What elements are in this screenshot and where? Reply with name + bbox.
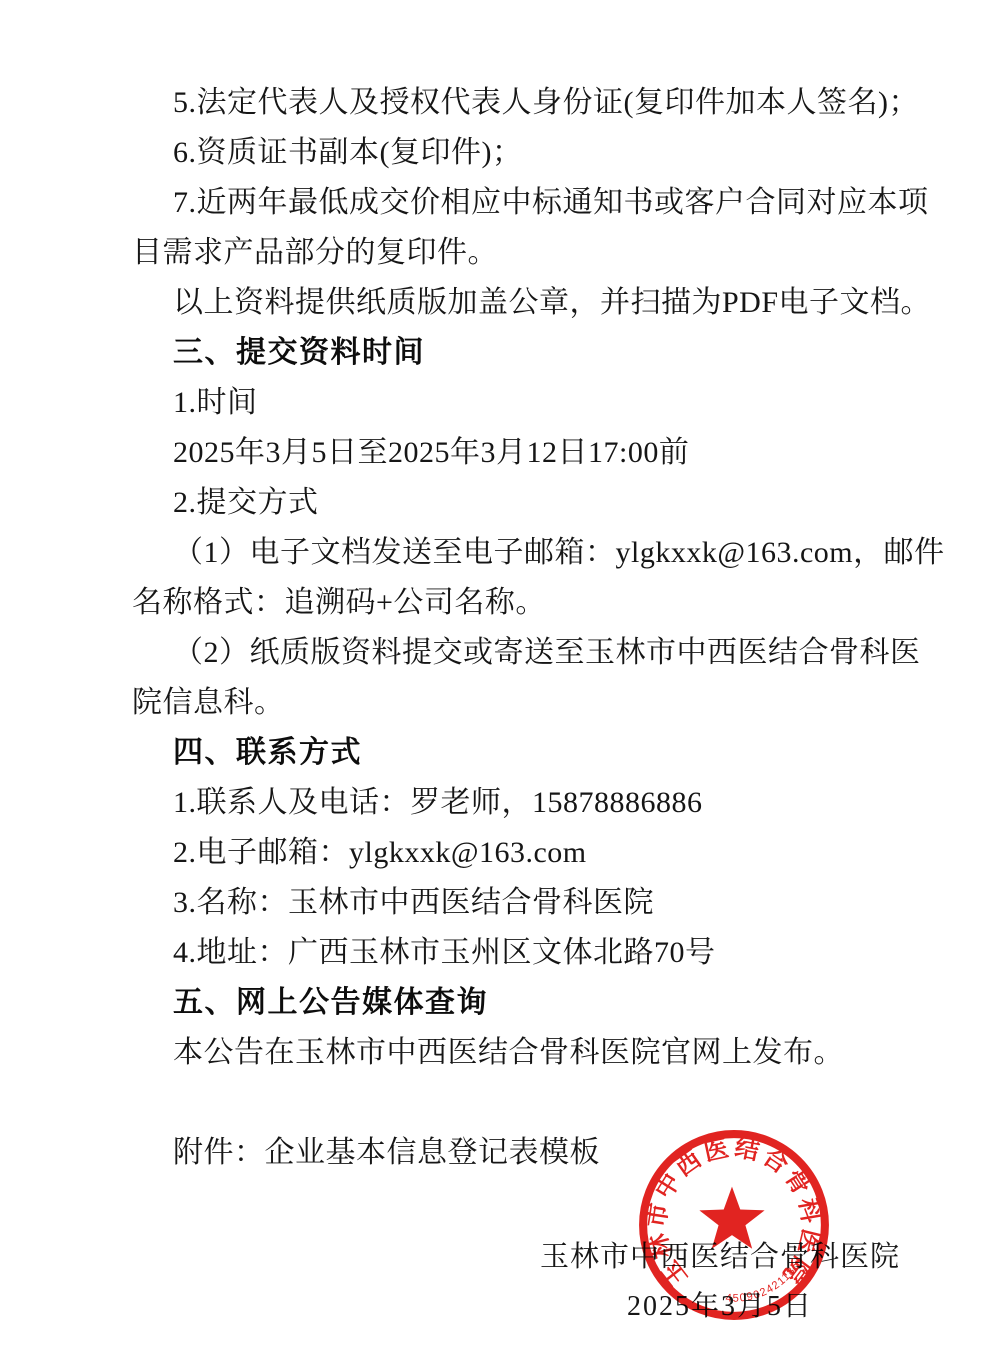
text-line: 2025年3月5日至2025年3月12日17:00前 [132, 428, 960, 478]
signature-org: 玉林市中西医结合骨科医院 [534, 1232, 906, 1282]
text-line: 2.电子邮箱：ylgkxxk@163.com [132, 828, 960, 878]
text-line: （2）纸质版资料提交或寄送至玉林市中西医结合骨科医 [132, 628, 960, 678]
text-line: 目需求产品部分的复印件。 [132, 228, 960, 278]
page: { "document": { "lines": [ { "text": "5.… [0, 0, 1000, 1359]
text-line: 附件：企业基本信息登记表模板 [132, 1128, 960, 1178]
text-line: 本公告在玉林市中西医结合骨科医院官网上发布。 [132, 1028, 960, 1078]
text-line: 5.法定代表人及授权代表人身份证(复印件加本人签名)； [132, 78, 960, 128]
document-body: 5.法定代表人及授权代表人身份证(复印件加本人签名)；6.资质证书副本(复印件)… [132, 78, 960, 1178]
section-heading: 四、联系方式 [132, 728, 960, 778]
text-line: 1.联系人及电话：罗老师，15878886886 [132, 778, 960, 828]
section-heading: 三、提交资料时间 [132, 328, 960, 378]
text-line: 以上资料提供纸质版加盖公章，并扫描为PDF电子文档。 [132, 278, 960, 328]
text-line: 院信息科。 [132, 678, 960, 728]
text-line: 4.地址：广西玉林市玉州区文体北路70号 [132, 928, 960, 978]
text-line: 名称格式：追溯码+公司名称。 [132, 578, 960, 628]
text-line: 3.名称：玉林市中西医结合骨科医院 [132, 878, 960, 928]
text-line: 2.提交方式 [132, 478, 960, 528]
text-line: 6.资质证书副本(复印件)； [132, 128, 960, 178]
section-heading: 五、网上公告媒体查询 [132, 978, 960, 1028]
signature-date: 2025年3月5日 [534, 1282, 906, 1332]
text-line: 7.近两年最低成交价相应中标通知书或客户合同对应本项 [132, 178, 960, 228]
signature: 玉林市中西医结合骨科医院 2025年3月5日 [534, 1232, 906, 1332]
text-line: （1）电子文档发送至电子邮箱：ylgkxxk@163.com，邮件 [132, 528, 960, 578]
text-line: 1.时间 [132, 378, 960, 428]
